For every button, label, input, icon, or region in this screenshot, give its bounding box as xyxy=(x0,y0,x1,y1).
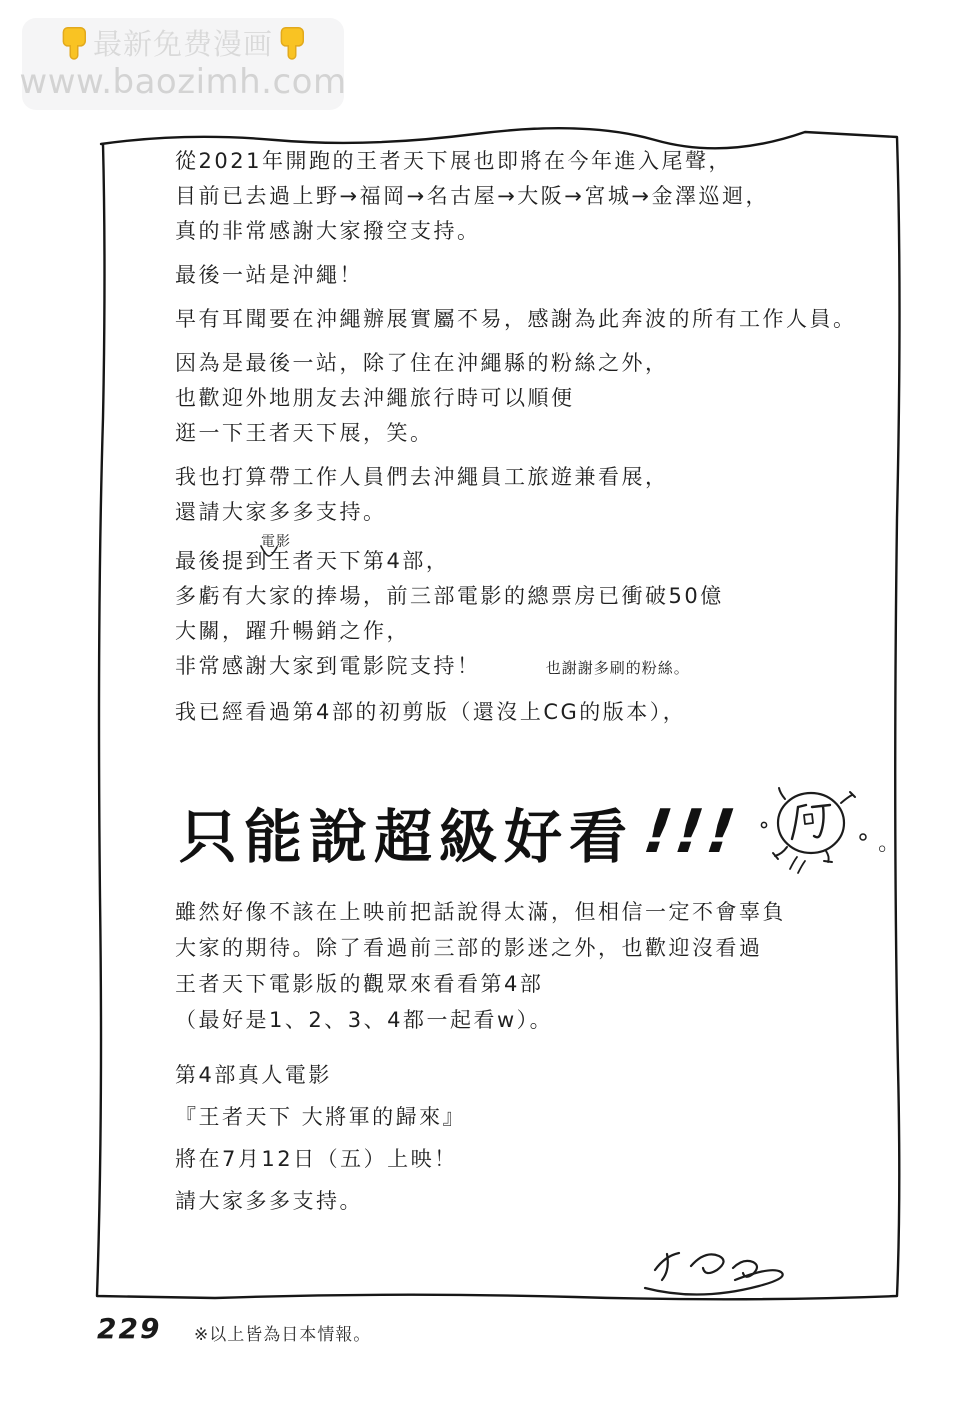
text-line: 王者天下電影版的觀眾來看看第4部 xyxy=(175,966,875,1002)
text-line: 最後一站是沖繩！ xyxy=(175,258,875,293)
site-watermark: 最新免费漫画 www.baozimh.com xyxy=(22,18,344,110)
watermark-url: www.baozimh.com xyxy=(19,64,346,101)
text-line: 也歡迎外地朋友去沖繩旅行時可以順便 xyxy=(175,381,875,416)
text-line: 早有耳聞要在沖繩辦展實屬不易，感謝為此奔波的所有工作人員。 xyxy=(175,302,875,337)
text-line: 我已經看過第4部的初剪版（還沒上CG的版本）， xyxy=(175,695,875,730)
text-line: 從2021年開跑的王者天下展也即將在今年進入尾聲， xyxy=(175,144,875,179)
headline-exclamation: !!! xyxy=(633,797,750,867)
watermark-title-row: 最新免费漫画 xyxy=(59,26,307,62)
author-signature xyxy=(639,1240,809,1302)
text-line: 第4部真人電影 xyxy=(175,1054,875,1096)
headline-text: 只能說超級好看 xyxy=(179,790,634,874)
afterword-text: 從2021年開跑的王者天下展也即將在今年進入尾聲， 目前已去過上野→福岡→名古屋… xyxy=(175,144,875,1222)
text-line: 多虧有大家的捧場，前三部電影的總票房已衝破50億 xyxy=(175,579,875,614)
annotation-caret-icon xyxy=(259,545,279,558)
text-line: 目前已去過上野→福岡→名古屋→大阪→宮城→金澤巡迴， xyxy=(175,179,875,214)
pointing-down-icon xyxy=(59,26,89,62)
text-line: 大關，躍升暢銷之作， xyxy=(175,614,875,649)
text-line: 大家的期待。除了看過前三部的影迷之外，也歡迎沒看過 xyxy=(175,930,875,966)
watermark-title: 最新免费漫画 xyxy=(93,30,273,59)
doodle-face-icon xyxy=(756,781,874,877)
text-line: 真的非常感謝大家撥空支持。 xyxy=(175,214,875,249)
page-number: 229 xyxy=(97,1312,161,1345)
pointing-down-icon xyxy=(277,26,307,62)
text-line: 『王者天下 大將軍的歸來』 xyxy=(175,1096,875,1138)
text-line: 因為是最後一站，除了住在沖繩縣的粉絲之外， xyxy=(175,346,875,381)
text-line: （最好是1、2、3、4都一起看w）。 xyxy=(175,1002,875,1038)
text-line-annotated: 電影 最後提到王者天下第4部， xyxy=(175,544,875,579)
text-line: 最後提到王者天下第4部， xyxy=(175,549,449,573)
text-line: 非常感謝大家到電影院支持！ xyxy=(175,654,481,678)
text-line: 逛一下王者天下展，笑。 xyxy=(175,416,875,451)
text-line: 將在7月12日（五）上映！ xyxy=(175,1138,875,1180)
text-line: 我也打算帶工作人員們去沖繩員工旅遊兼看展， xyxy=(175,460,875,495)
text-line-with-note: 非常感謝大家到電影院支持！ 也謝謝多刷的粉絲。 xyxy=(175,649,875,686)
headline: 只能說超級好看 !!! xyxy=(179,786,875,878)
footer-note: ※以上皆為日本情報。 xyxy=(194,1320,371,1345)
text-line: 雖然好像不該在上映前把話說得太滿，但相信一定不會辜負 xyxy=(175,894,875,930)
manga-text-panel: 從2021年開跑的王者天下展也即將在今年進入尾聲， 目前已去過上野→福岡→名古屋… xyxy=(103,128,897,1305)
side-note: 也謝謝多刷的粉絲。 xyxy=(546,659,690,677)
headline-period: 。 xyxy=(878,826,900,857)
text-line: 請大家多多支持。 xyxy=(175,1180,875,1222)
